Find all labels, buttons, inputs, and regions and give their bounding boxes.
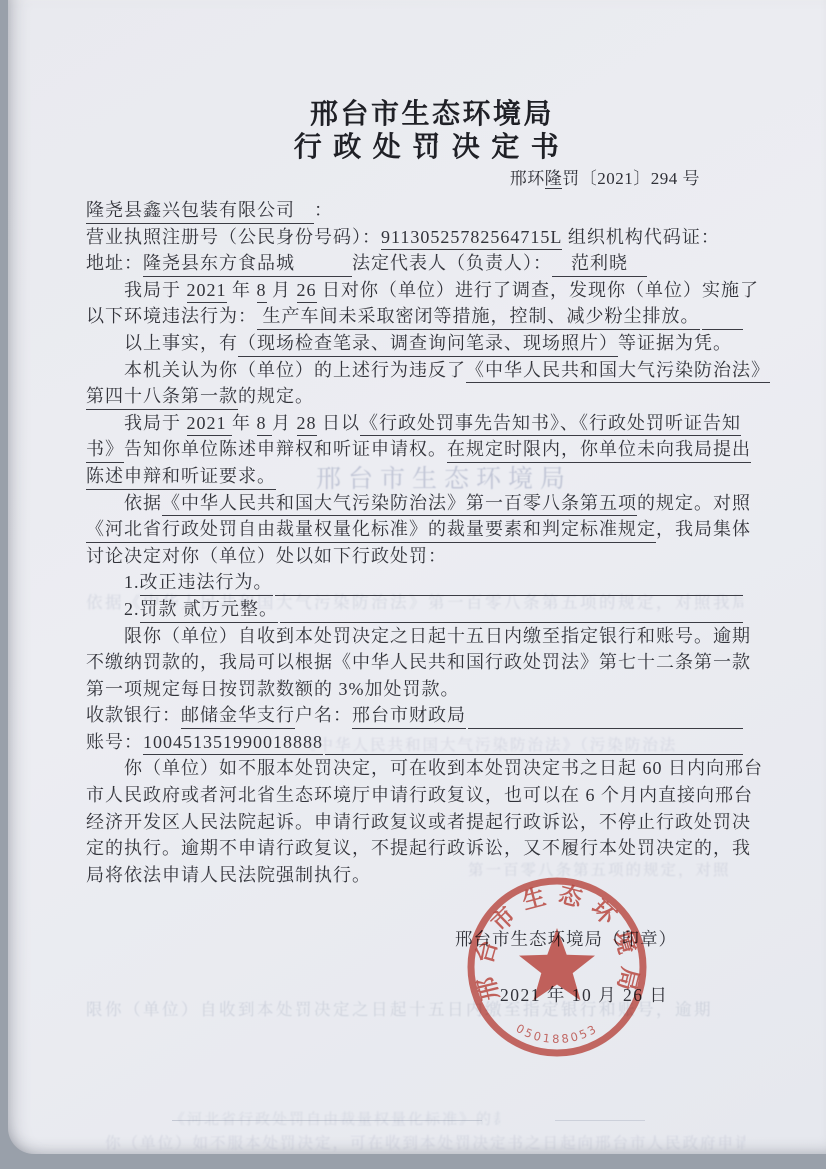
body-line: 不缴纳罚款的，我局可以根据《中华人民共和国行政处罚法》第七十二条第一款	[86, 649, 743, 676]
underlined-text: 邮储金华支行	[181, 702, 295, 729]
body-line: 第四十八条第一款的规定。	[86, 383, 743, 410]
blank-underline	[325, 729, 743, 756]
body-line: 第一项规定每日按罚款数额的 3%加处罚款。	[86, 676, 743, 703]
body-line: 收款银行：邮储金华支行户名：邢台市财政局	[86, 702, 743, 729]
underlined-text: 书》	[86, 436, 124, 463]
agency-title: 邢台市生态环境局	[19, 98, 826, 131]
underlined-text: 范利晓	[552, 250, 647, 277]
plain-text: 组织机构代码证：	[562, 224, 720, 251]
plain-text: 账号：	[86, 729, 143, 756]
underlined-text: 91130525782564715L	[381, 224, 562, 251]
body-line: 隆尧县鑫兴包装有限公司 ：	[86, 197, 743, 224]
underlined-text: 邢台市财政局	[352, 702, 466, 729]
plain-text: 年	[232, 410, 257, 437]
plain-text: 经济开发区人民法院起诉。申请行政复议或者提起行政诉讼，不停止行政处罚决	[86, 809, 751, 836]
underlined-text: 改正违法行为。	[140, 569, 273, 596]
body-line: 书》告知你单位陈述申辩权和听证申请权。在规定时限内，你单位未向我局提出	[86, 436, 743, 463]
underlined-text: 8	[257, 277, 267, 304]
body-line: 陈述申辩和听证要求。	[86, 463, 743, 490]
official-seal: 邢台市生态环境局 1305018805313	[462, 872, 652, 1062]
document-type-title: 行政处罚决定书	[19, 131, 826, 164]
underlined-text: 隆尧县东方食品城	[143, 250, 352, 277]
plain-text: 收款银行：	[86, 702, 181, 729]
plain-text: 定的执行。逾期不申请行政复议，不提起行政诉讼，又不履行本处罚决定的，我	[86, 835, 751, 862]
body-line: 限你（单位）自收到本处罚决定之日起十五日内缴至指定银行和账号。逾期	[86, 623, 743, 650]
body-line: 定的执行。逾期不申请行政复议，不提起行政诉讼，又不履行本处罚决定的，我	[86, 835, 743, 862]
plain-text: 2.	[86, 596, 140, 623]
underlined-text: 2021	[187, 410, 233, 437]
body-line: 营业执照注册号（公民身份号码）：91130525782564715L 组织机构代…	[86, 224, 743, 251]
plain-text: 日以	[317, 410, 361, 437]
body-line: 你（单位）如不服本处罚决定，可在收到本处罚决定书之日起 60 日内向邢台	[86, 755, 743, 782]
plain-text: 等证据为凭。	[618, 330, 732, 357]
plain-text: ，我局集体	[656, 516, 751, 543]
plain-text: 1.	[86, 569, 140, 596]
body-line: 我局于 2021 年 8 月 26 日对你（单位）进行了调查，发现你（单位）实施…	[86, 277, 743, 304]
docno-suffix: 罚〔2021〕294 号	[562, 169, 700, 188]
plain-text: 户名：	[295, 702, 352, 729]
document-header: 邢台市生态环境局 行政处罚决定书	[19, 98, 826, 164]
body-line: 依据《中华人民共和国大气污染防治法》第一百零八条第五项的规定。对照	[86, 490, 743, 517]
body-line: 讨论决定对你（单位）处以如下行政处罚：	[86, 543, 743, 570]
underlined-text: 罚款 贰万元整。	[140, 596, 279, 623]
underlined-text: 28	[297, 410, 317, 437]
plain-text: 我局于	[86, 410, 187, 437]
plain-text: 依据	[86, 490, 162, 517]
body-line: 以上事实，有（现场检查笔录、调查询问笔录、现场照片）等证据为凭。	[86, 330, 743, 357]
blank-underline	[275, 569, 744, 596]
plain-text: ：	[314, 197, 333, 224]
scanned-document-page: 邢台市生态环境局 依据《中华人民共和国大气污染防治法》第一百零八条第五项的规定，…	[0, 0, 826, 1169]
body-text: 隆尧县鑫兴包装有限公司 ：营业执照注册号（公民身份号码）：91130525782…	[86, 197, 743, 888]
body-line: 市人民政府或者河北省生态环境厅申请行政复议，也可以在 6 个月内直接向邢台	[86, 782, 743, 809]
underlined-text: 2021	[187, 277, 227, 304]
body-line: 1.改正违法行为。	[86, 569, 743, 596]
plain-text: 以上事实，有	[86, 330, 238, 357]
body-line: 2.罚款 贰万元整。	[86, 596, 743, 623]
underlined-text: 《中华人民共和国大气污染防治法》	[466, 357, 770, 384]
plain-text: 不缴纳罚款的，我局可以根据《中华人民共和国行政处罚法》第七十二条第一款	[86, 649, 751, 676]
body-line: 经济开发区人民法院起诉。申请行政复议或者提起行政诉讼，不停止行政处罚决	[86, 809, 743, 836]
underlined-text: 26	[297, 277, 317, 304]
document-number: 邢环隆罚〔2021〕294 号	[510, 164, 700, 189]
plain-text: 地址：	[86, 250, 143, 277]
ghost-rule	[172, 1120, 482, 1121]
plain-text: 你（单位）如不服本处罚决定，可在收到本处罚决定书之日起 60 日内向邢台	[86, 755, 763, 782]
underlined-text: 第四十八条第一款	[86, 383, 238, 410]
plain-text: 本机关认为你（单位）的上述行为违反了	[86, 357, 466, 384]
underlined-text: 《中华人民共和国大气污染防治法》第一百零八条第五项	[162, 490, 637, 517]
seal-star-icon	[519, 928, 595, 1000]
underlined-text: 100451351990018888	[143, 729, 323, 756]
blank-underline	[702, 303, 744, 330]
plain-text: 年	[227, 277, 257, 304]
plain-text: 的规定。	[238, 383, 314, 410]
blank-underline	[468, 702, 743, 729]
plain-text: 以下环境违法行为：	[86, 303, 257, 330]
plain-text: 的规定。对照	[637, 490, 751, 517]
plain-text: 第一项规定每日按罚款数额的 3%加处罚款。	[86, 676, 460, 703]
underlined-text: 陈述申辩和听证要求。	[86, 463, 276, 490]
body-line: 本机关认为你（单位）的上述行为违反了《中华人民共和国大气污染防治法》	[86, 357, 743, 384]
underlined-text: 《行政处罚事先告知书》、《行政处罚听证告知	[360, 410, 741, 437]
underlined-text: 生产车间未采取密闭等措施，控制、减少粉尘排放。	[257, 303, 700, 330]
body-line: 地址：隆尧县东方食品城 法定代表人（负责人）： 范利晓	[86, 250, 743, 277]
plain-text: 告知你单位陈述申辩权和听证申请权。	[124, 436, 447, 463]
body-line: 《河北省行政处罚自由裁量权量化标准》的裁量要素和判定标准规定，我局集体	[86, 516, 743, 543]
plain-text: 讨论决定对你（单位）处以如下行政处罚：	[86, 543, 447, 570]
body-line: 以下环境违法行为： 生产车间未采取密闭等措施，控制、减少粉尘排放。	[86, 303, 743, 330]
ghost-rule	[555, 1120, 645, 1121]
plain-text: 日对你（单位）进行了调查，发现你（单位）实施了	[317, 277, 760, 304]
underlined-text: 在规定时限内，你单位未向我局提出	[447, 436, 751, 463]
plain-text: 法定代表人（负责人）：	[352, 250, 552, 277]
body-line: 账号：100451351990018888	[86, 729, 743, 756]
plain-text: 局将依法申请人民法院强制执行。	[86, 862, 371, 889]
plain-text: 限你（单位）自收到本处罚决定之日起十五日内缴至指定银行和账号。逾期	[86, 623, 751, 650]
body-line: 我局于 2021 年 8 月 28 日以《行政处罚事先告知书》、《行政处罚听证告…	[86, 410, 743, 437]
underlined-text: 8	[257, 410, 273, 437]
plain-text: 月	[267, 277, 297, 304]
underlined-text: （现场检查笔录、调查询问笔录、现场照片）	[238, 330, 618, 357]
plain-text: 我局于	[86, 277, 187, 304]
plain-text: 月	[272, 410, 297, 437]
plain-text: 营业执照注册号（公民身份号码）：	[86, 224, 381, 251]
underlined-text: 《河北省行政处罚自由裁量权量化标准》的裁量要素和判定标准规定	[86, 516, 656, 543]
blank-underline	[280, 596, 743, 623]
docno-prefix: 邢环	[510, 169, 545, 188]
docno-blank: 隆	[545, 169, 563, 189]
plain-text: 市人民政府或者河北省生态环境厅申请行政复议，也可以在 6 个月内直接向邢台	[86, 782, 753, 809]
underlined-text: 隆尧县鑫兴包装有限公司	[86, 197, 314, 224]
